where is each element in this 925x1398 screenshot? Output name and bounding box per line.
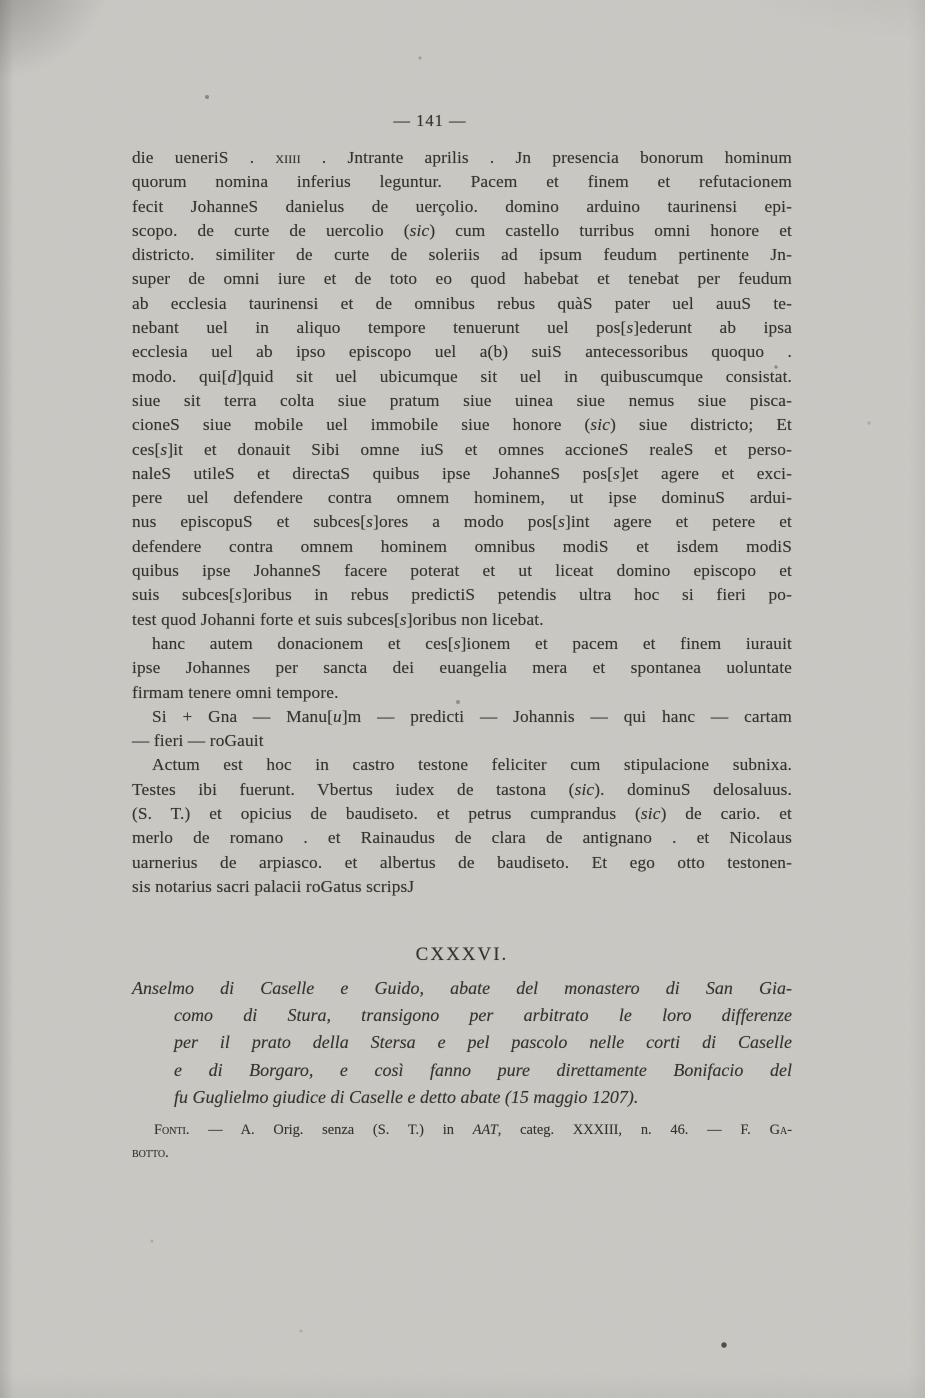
text-line: scopo. de curte de uercolio (sic) cum ca… <box>132 219 792 243</box>
text-line: modo. qui[d]quid sit uel ubicumque sit u… <box>132 365 792 389</box>
text-line: nebant uel in aliquo tempore tenuerunt u… <box>132 316 792 340</box>
text-line: (S. T.) et opicius de baudiseto. et petr… <box>132 802 792 826</box>
text-line: botto. <box>132 1142 792 1165</box>
text-line: Si + Gna — Manu[u]m — predicti — Johanni… <box>132 705 792 729</box>
text-line: Actum est hoc in castro testone felicite… <box>132 753 792 777</box>
fonti-source-note: Fonti. — A. Orig. senza (S. T.) in AAT, … <box>132 1119 792 1165</box>
text-line: sis notarius sacri palacii roGatus scrip… <box>132 875 792 899</box>
text-line: uarnerius de arpiasco. et albertus de ba… <box>132 851 792 875</box>
paragraph-signum-line: Si + Gna — Manu[u]m — predicti — Johanni… <box>132 705 792 754</box>
text-line: suis subces[s]oribus in rebus predictiS … <box>132 583 792 607</box>
paragraph-body-continuation: die ueneriS . xiiii . Jntrante aprilis .… <box>132 146 792 632</box>
text-line: e di Borgaro, e così fanno pure direttam… <box>132 1057 792 1084</box>
paragraph-actum-witnesses: Actum est hoc in castro testone felicite… <box>132 753 792 899</box>
text-line: Fonti. — A. Orig. senza (S. T.) in AAT, … <box>132 1119 792 1142</box>
text-line: Anselmo di Caselle e Guido, abate del mo… <box>132 975 792 1002</box>
text-line: merlo de romano . et Rainaudus de clara … <box>132 826 792 850</box>
text-line: ipse Johannes per sancta dei euangelia m… <box>132 656 792 680</box>
text-line: fecit JohanneS danielus de uerçolio. dom… <box>132 195 792 219</box>
text-line: naleS utileS et directaS quibus ipse Joh… <box>132 462 792 486</box>
text-line: — fieri — roGauit <box>132 729 792 753</box>
text-line: quibus ipse JohanneS facere poterat et u… <box>132 559 792 583</box>
document-summary-regesto: Anselmo di Caselle e Guido, abate del mo… <box>132 975 792 1111</box>
text-line: firmam tenere omni tempore. <box>132 681 792 705</box>
scanned-book-page: — 141 — die ueneriS . xiiii . Jntrante a… <box>0 0 925 1398</box>
text-line: Testes ibi fuerunt. Vbertus iudex de tas… <box>132 778 792 802</box>
text-line: fu Guglielmo giudice di Caselle e detto … <box>132 1084 792 1111</box>
text-line: per il prato della Stersa e pel pascolo … <box>132 1029 792 1056</box>
text-line: cioneS siue mobile uel immobile siue hon… <box>132 413 792 437</box>
charter-text: die ueneriS . xiiii . Jntrante aprilis .… <box>132 146 792 899</box>
text-line: super de omni iure et de toto eo quod ha… <box>132 267 792 291</box>
scan-specks <box>0 0 2 2</box>
text-line: siue sit terra colta siue pratum siue ui… <box>132 389 792 413</box>
paragraph-oath-clause: hanc autem donacionem et ces[s]ionem et … <box>132 632 792 705</box>
text-line: pere uel defendere contra omnem hominem,… <box>132 486 792 510</box>
text-line: nus episcopuS et subces[s]ores a modo po… <box>132 510 792 534</box>
text-line: ab ecclesia taurinensi et de omnibus reb… <box>132 292 792 316</box>
text-line: ecclesia uel ab ipso episcopo uel a(b) s… <box>132 340 792 364</box>
text-line: die ueneriS . xiiii . Jntrante aprilis .… <box>132 146 792 170</box>
text-line: test quod Johanni forte et suis subces[s… <box>132 608 792 632</box>
text-line: defendere contra omnem hominem omnibus m… <box>132 535 792 559</box>
text-line: hanc autem donacionem et ces[s]ionem et … <box>132 632 792 656</box>
text-line: quorum nomina inferius leguntur. Pacem e… <box>132 170 792 194</box>
text-line: como di Stura, transigono per arbitrato … <box>132 1002 792 1029</box>
text-line: districto. similiter de curte de solerii… <box>132 243 792 267</box>
text-line: ces[s]it et donauit Sibi omne iuS et omn… <box>132 438 792 462</box>
page-number: — 141 — <box>100 111 760 131</box>
document-number-heading: CXXXVI. <box>132 944 792 966</box>
